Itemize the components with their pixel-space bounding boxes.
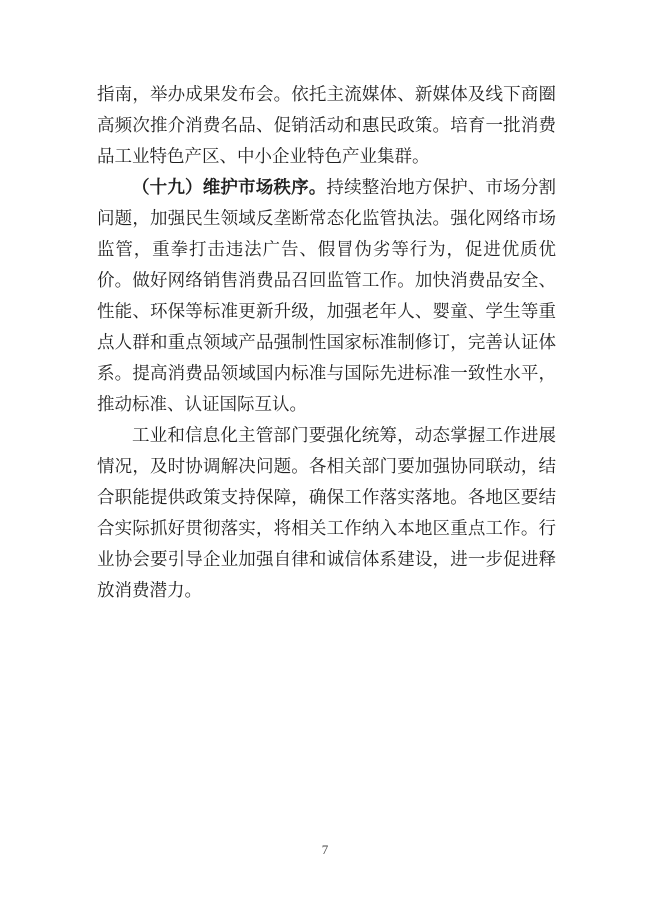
paragraph-closing: 工业和信息化主管部门要强化统筹，动态掌握工作进展情况，及时协调解决问题。各相关部… — [97, 420, 556, 606]
page-number: 7 — [0, 842, 650, 858]
section-heading: （十九）维护市场秩序。 — [132, 177, 326, 197]
paragraph-continuation: 指南，举办成果发布会。依托主流媒体、新媒体及线下商圈高频次推介消费名品、促销活动… — [97, 79, 556, 172]
section-body-text: 持续整治地方保护、市场分割问题，加强民生领域反垄断常态化监管执法。强化网络市场监… — [97, 177, 556, 414]
document-page: 指南，举办成果发布会。依托主流媒体、新媒体及线下商圈高频次推介消费名品、促销活动… — [0, 0, 650, 919]
paragraph-section-19: （十九）维护市场秩序。持续整治地方保护、市场分割问题，加强民生领域反垄断常态化监… — [97, 172, 556, 420]
document-body: 指南，举办成果发布会。依托主流媒体、新媒体及线下商圈高频次推介消费名品、促销活动… — [97, 79, 556, 606]
